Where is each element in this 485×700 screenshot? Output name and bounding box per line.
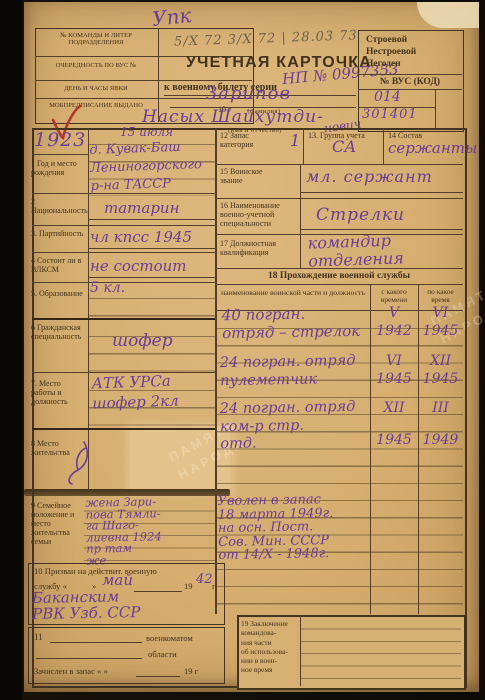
item6-label: 6 Гражданская специальность [31,324,85,342]
divider [88,248,215,249]
item1-birthplace-value: д. Кувак-Баш Лениногорского р-на ТАССР [89,138,203,196]
item7-value: АТК УРСа шофер 2кл [91,371,179,414]
item6-value: шофер [112,332,173,351]
mobtable-row3-label: ДЕНЬ И ЧАСЫ ЯВКИ [38,85,154,92]
item2-value: татарин [104,200,179,217]
item3-value: чл кпсс 1945 [90,229,192,246]
item11-reserve-label: Зачислен в запас « » [34,667,108,677]
item17-label: 17 Должностная квалификация [220,240,276,258]
divider [215,284,463,285]
service-row-to: VI 1945 [419,305,462,340]
mobtable-row1-label: № КОМАНДЫ И ЛИТЕР ПОДРАЗДЕЛЕНИЯ [38,32,154,47]
registration-card: ПАМЯТЬ НАРОДА ПАМЯТЬ НАРОДА № КОМАНДЫ И … [24,2,479,692]
mobtable-row2-label: ОЧЕРЕДНОСТЬ ПО ВУС № [38,62,154,69]
signature-flourish [62,440,92,486]
item9-label: 9 Семейное положение и место жительства … [31,502,85,547]
fitness-option-stroevoy: Строевой [366,35,407,46]
divider [36,658,142,659]
divider [300,192,463,193]
service-row-to: XII 1945 [419,353,462,388]
fitness-option-negoden: Негоден [366,59,401,70]
discharge-note: Уволен в запас 18 марта 1949г. на осн. П… [217,493,334,563]
divider [136,676,180,677]
item10-month-value: май [102,572,133,589]
item10-year-value: 42 [196,573,213,587]
divider [32,193,215,194]
service-row-from: V 1942 [371,305,417,340]
given-name-handwritten: Насых Шайхутди- [142,108,324,127]
item1-birthdate-value: 15 июля [120,126,173,139]
item5-value: 5 кл. [90,281,125,296]
service-row-from: VI 1945 [371,353,417,388]
item12-label: 12 Запас категория [220,132,253,150]
upk-ink-note: Упк [151,4,192,30]
item10-rvk-value: Баканским РВК Узб. ССР [32,589,141,622]
divider [215,164,463,165]
divider [134,591,182,592]
divider [383,128,384,164]
item12-value: 1 [290,132,300,150]
divider [50,642,142,643]
service-row-unit: 40 погран. отряд – стрелок [222,305,361,342]
surname-handwritten: Зарипов [206,84,291,104]
divider [435,89,436,130]
item1-label: 1 Год и место рождения [31,160,85,178]
item17-value: командир отделения [307,231,404,270]
item16-value: Стрелки [316,206,405,225]
fitness-option-nestroevoy: Нестроевой [366,47,416,58]
item4-label: 4 Состоит ли в ВЛКСМ [31,257,85,275]
divider [303,128,304,164]
service-row-from: XII 1945 [371,400,417,448]
service-col-from-header: с какого времени [371,288,417,305]
item3-label: 3. Партийность [31,230,85,239]
item15-label: 15 Воинское звание [220,168,263,186]
service-row-unit: 24 погран. отряд ком-р стр. отд. [220,399,357,454]
item14-value: сержанты [388,140,477,157]
ruled-lines [301,617,461,683]
service-col-unit-header: наименование воинской части и должность [220,289,366,298]
item13-value: СА [332,138,356,156]
vus-code-value2: 301401 [362,108,418,122]
divider [32,428,215,430]
divider [358,74,462,75]
item9-value: жена Зари- пова Тямли- га Шаго- лиевна 1… [85,496,162,567]
item1-year-value: 1923 [34,130,86,151]
divider [88,277,215,278]
item11-oblast-label: области [148,650,177,660]
divider [300,164,301,268]
item11-reserve-year: 19 г [184,667,198,677]
item7-label: 7. Место работы и должность [31,380,85,407]
divider [32,225,215,226]
vus-code-label: № ВУС (КОД) [360,77,460,88]
scanned-card-scene: ПАМЯТЬ НАРОДА ПАМЯТЬ НАРОДА № КОМАНДЫ И … [0,0,485,700]
item2-label: 2 Национальность [31,198,85,216]
item4-value: не состоит [90,258,187,275]
vus-code-value1: 014 [374,90,401,105]
item11-voenkomat-label: военкоматом [146,634,193,644]
item5-label: 5. Образование [31,290,85,299]
item11-number: 11 [34,632,43,642]
service-record-title: 18 Прохождение военной службы [215,271,463,282]
item19-label: 19 Заключение командова- ния части об ис… [241,619,299,675]
divider [32,252,215,253]
service-row-unit: 24 погран. отряд пулеметчик [220,353,356,390]
divider [32,154,88,155]
item10-year-printed: 19 [184,582,193,592]
divider [215,198,463,199]
divider [88,219,215,220]
item15-value: мл. сержант [306,168,433,186]
service-col-to-header: по какое время [419,288,462,305]
item16-label: 16 Наименование военно-учетной специальн… [220,202,280,229]
divider [35,80,252,81]
torn-corner-patch [417,2,479,28]
service-row-to: III 1949 [419,400,462,448]
divider [215,268,463,269]
divider [300,229,463,230]
